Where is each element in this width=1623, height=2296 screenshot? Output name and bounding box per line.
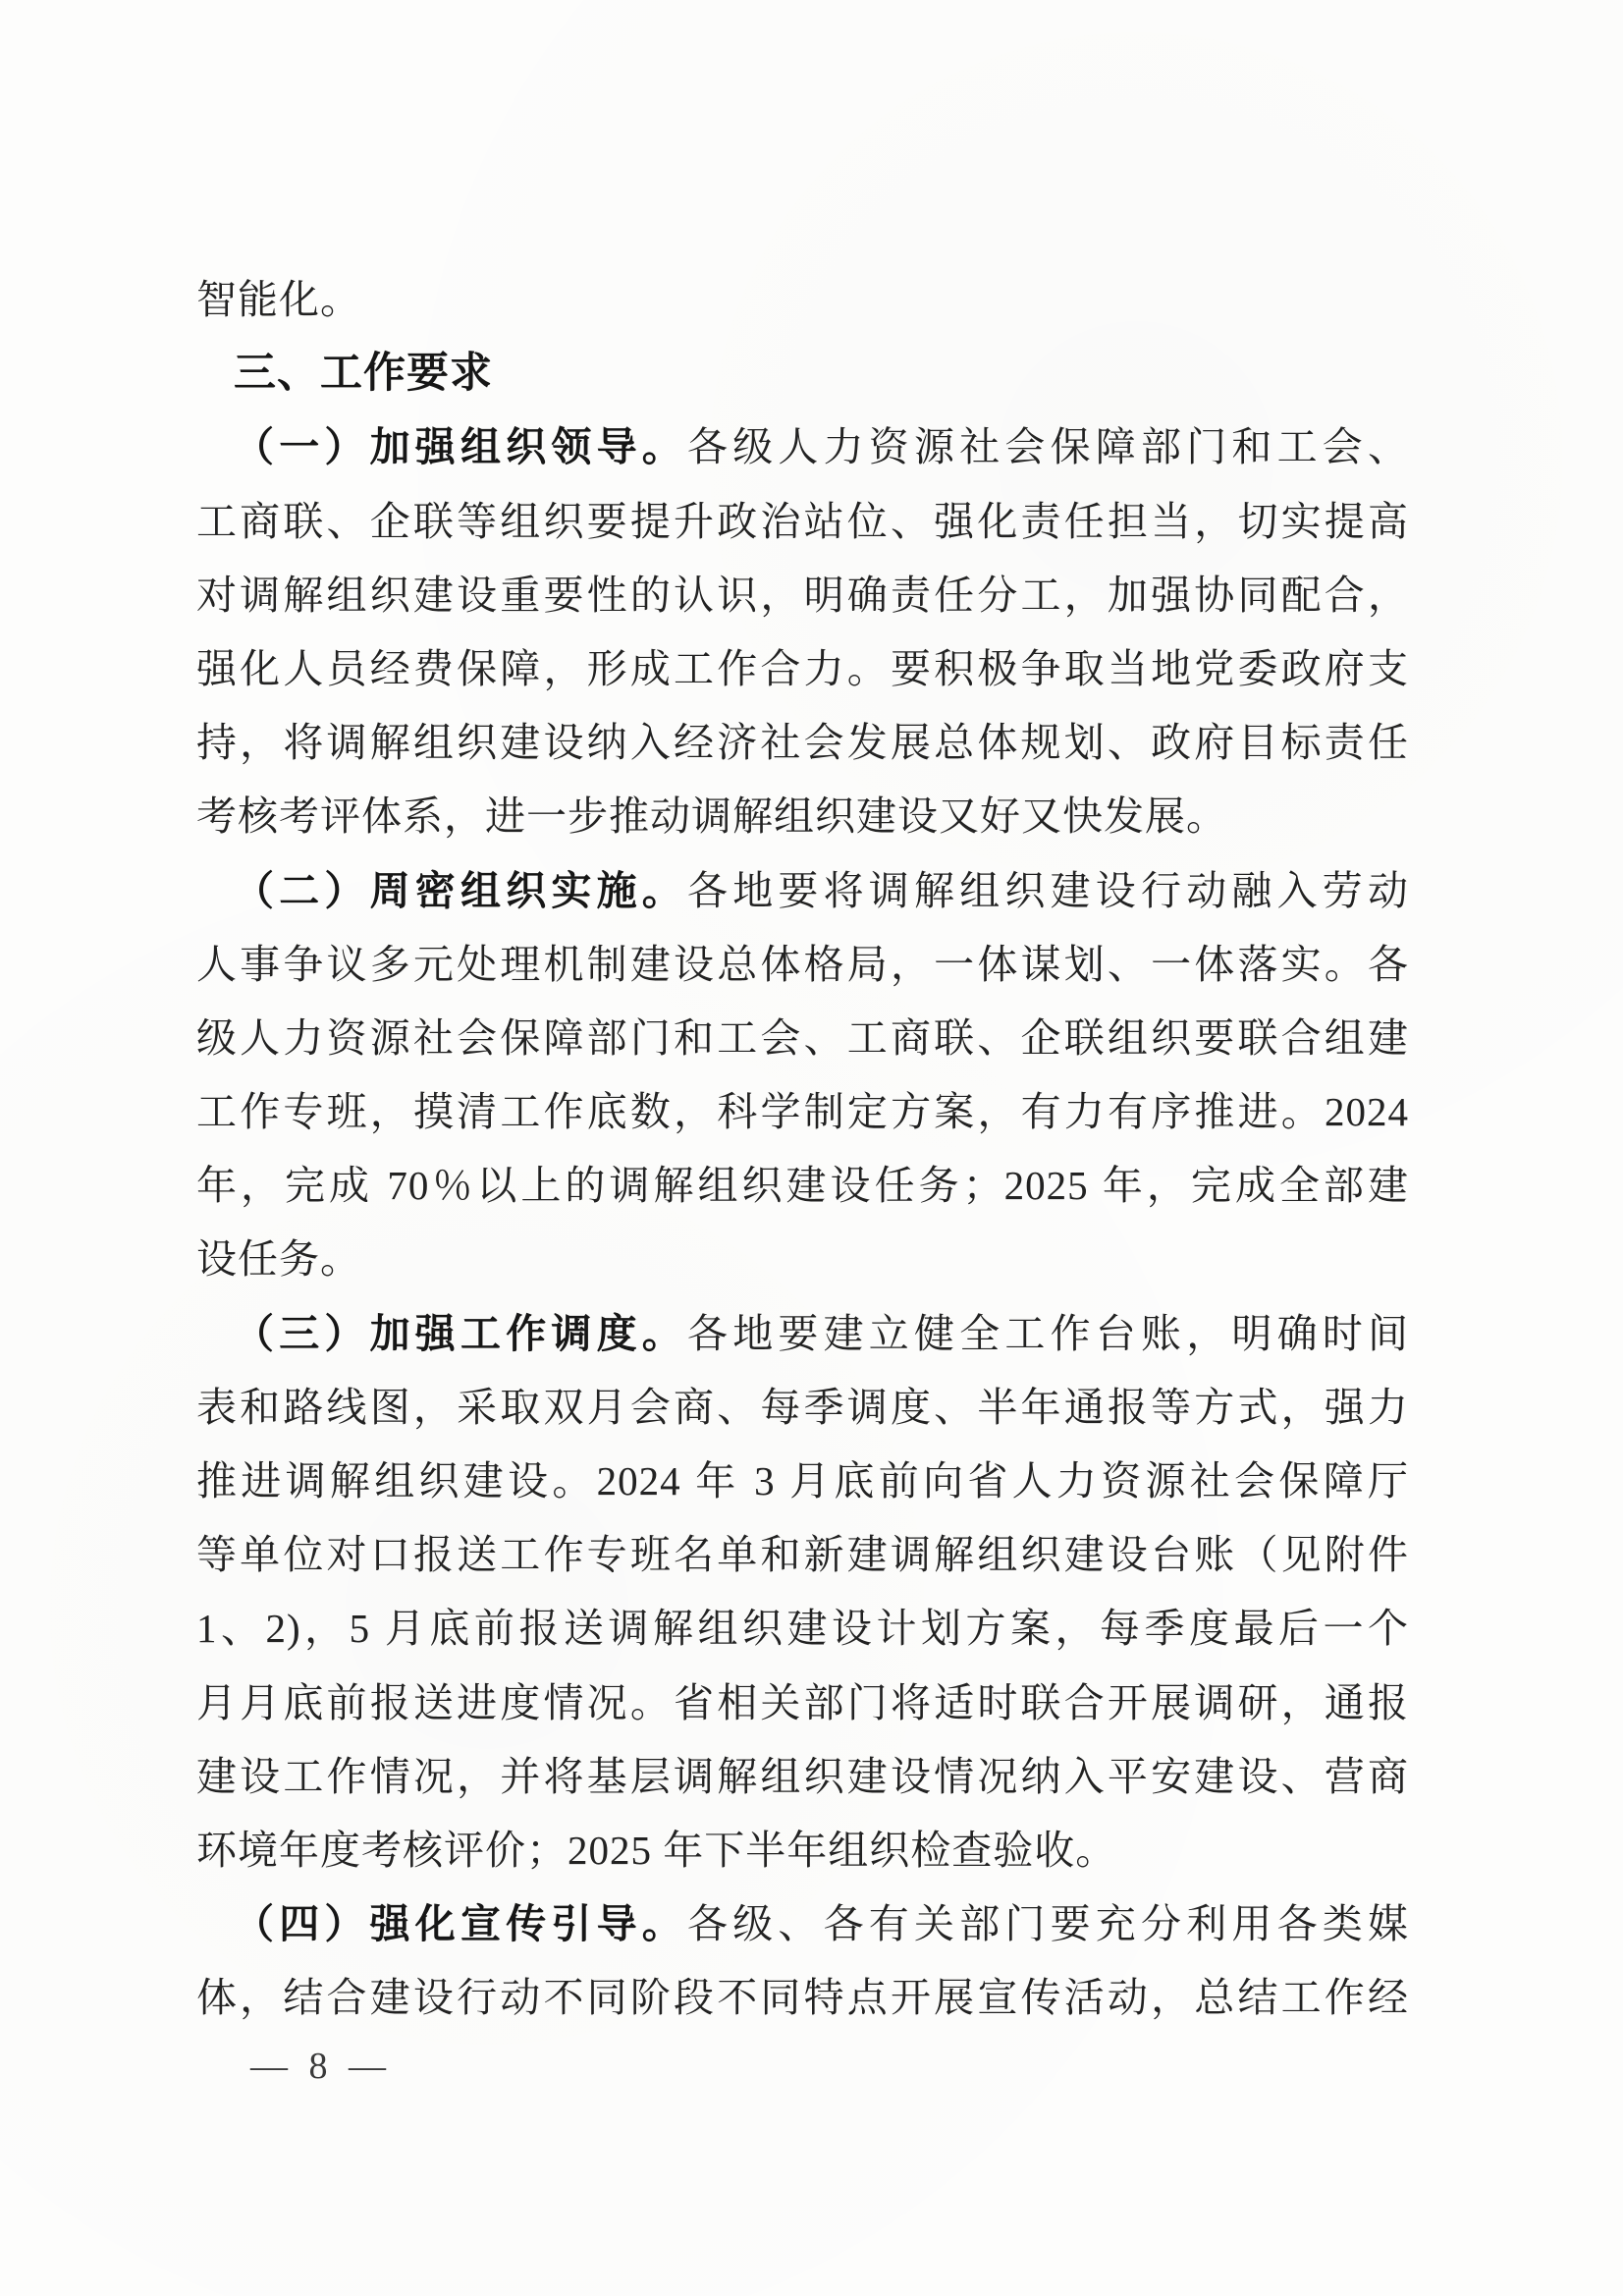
- line-text: 对调解组织建设重要性的认识，明确责任分工，加强协同配合，: [196, 573, 1409, 618]
- text-line: 智能化。: [196, 263, 1409, 337]
- line-bold-text: （二）周密组织实施。: [234, 868, 687, 913]
- text-line: 考核考评体系，进一步推动调解组织建设又好又快发展。: [196, 780, 1409, 853]
- line-text: 各级人力资源社会保障部门和工会、: [687, 424, 1409, 469]
- text-line: （一）加强组织领导。各级人力资源社会保障部门和工会、: [196, 410, 1409, 484]
- text-line: 建设工作情况，并将基层调解组织建设情况纳入平安建设、营商: [196, 1740, 1409, 1814]
- line-text: 级人力资源社会保障部门和工会、工商联、企联组织要联合组建: [196, 1015, 1409, 1061]
- text-line: 环境年度考核评价；2025 年下半年组织检查验收。: [196, 1814, 1409, 1887]
- text-block: 智能化。三、工作要求（一）加强组织领导。各级人力资源社会保障部门和工会、工商联、…: [196, 263, 1409, 2036]
- text-line: 等单位对口报送工作专班名单和新建调解组织建设台账（见附件: [196, 1518, 1409, 1592]
- line-text: 人事争议多元处理机制建设总体格局，一体谋划、一体落实。各: [196, 942, 1409, 987]
- line-bold-text: （一）加强组织领导。: [234, 424, 687, 469]
- line-text: 年，完成 70％以上的调解组织建设任务；2025 年，完成全部建: [196, 1163, 1409, 1208]
- document-page: 智能化。三、工作要求（一）加强组织领导。各级人力资源社会保障部门和工会、工商联、…: [0, 0, 1623, 2296]
- text-line: 工商联、企联等组织要提升政治站位、强化责任担当，切实提高: [196, 485, 1409, 559]
- line-text: 持，将调解组织建设纳入经济社会发展总体规划、政府目标责任: [196, 720, 1409, 765]
- page-number: — 8 —: [250, 2045, 392, 2088]
- text-line: 三、工作要求: [196, 337, 1409, 410]
- line-text: 环境年度考核评价；2025 年下半年组织检查验收。: [196, 1828, 1116, 1873]
- text-line: 级人力资源社会保障部门和工会、工商联、企联组织要联合组建: [196, 1002, 1409, 1075]
- line-text: 推进调解组织建设。2024 年 3 月底前向省人力资源社会保障厅: [196, 1458, 1409, 1503]
- line-text: 强化人员经费保障，形成工作合力。要积极争取当地党委政府支: [196, 646, 1409, 691]
- line-text: 等单位对口报送工作专班名单和新建调解组织建设台账（见附件: [196, 1532, 1409, 1577]
- line-text: 考核考评体系，进一步推动调解组织建设又好又快发展。: [196, 793, 1227, 839]
- text-line: （二）周密组织实施。各地要将调解组织建设行动融入劳动: [196, 854, 1409, 928]
- line-text: 体，结合建设行动不同阶段不同特点开展宣传活动，总结工作经: [196, 1975, 1409, 2020]
- line-text: 月月底前报送进度情况。省相关部门将适时联合开展调研，通报: [196, 1680, 1409, 1725]
- text-line: 工作专班，摸清工作底数，科学制定方案，有力有序推进。2024: [196, 1075, 1409, 1149]
- text-line: 体，结合建设行动不同阶段不同特点开展宣传活动，总结工作经: [196, 1961, 1409, 2035]
- line-text: 智能化。: [196, 277, 361, 322]
- line-text: 各地要将调解组织建设行动融入劳动: [687, 868, 1409, 913]
- line-text: 工商联、企联等组织要提升政治站位、强化责任担当，切实提高: [196, 499, 1409, 544]
- text-line: 推进调解组织建设。2024 年 3 月底前向省人力资源社会保障厅: [196, 1445, 1409, 1518]
- line-text: 表和路线图，采取双月会商、每季调度、半年通报等方式，强力: [196, 1385, 1409, 1430]
- text-line: 1、2)，5 月底前报送调解组织建设计划方案，每季度最后一个: [196, 1592, 1409, 1666]
- text-line: 月月底前报送进度情况。省相关部门将适时联合开展调研，通报: [196, 1667, 1409, 1740]
- text-line: 设任务。: [196, 1223, 1409, 1296]
- text-line: 表和路线图，采取双月会商、每季调度、半年通报等方式，强力: [196, 1371, 1409, 1445]
- line-text: 设任务。: [196, 1236, 361, 1282]
- line-bold-text: 三、工作要求: [234, 350, 493, 397]
- line-bold-text: （三）加强工作调度。: [234, 1311, 687, 1356]
- text-line: （三）加强工作调度。各地要建立健全工作台账，明确时间: [196, 1297, 1409, 1371]
- line-text: 各地要建立健全工作台账，明确时间: [687, 1311, 1409, 1356]
- text-line: 人事争议多元处理机制建设总体格局，一体谋划、一体落实。各: [196, 928, 1409, 1002]
- text-line: 对调解组织建设重要性的认识，明确责任分工，加强协同配合，: [196, 559, 1409, 632]
- line-bold-text: （四）强化宣传引导。: [234, 1901, 687, 1946]
- line-text: 各级、各有关部门要充分利用各类媒: [687, 1901, 1409, 1946]
- line-text: 工作专班，摸清工作底数，科学制定方案，有力有序推进。2024: [196, 1089, 1409, 1134]
- text-line: （四）强化宣传引导。各级、各有关部门要充分利用各类媒: [196, 1887, 1409, 1961]
- text-line: 持，将调解组织建设纳入经济社会发展总体规划、政府目标责任: [196, 706, 1409, 780]
- line-text: 1、2)，5 月底前报送调解组织建设计划方案，每季度最后一个: [196, 1606, 1409, 1651]
- text-line: 年，完成 70％以上的调解组织建设任务；2025 年，完成全部建: [196, 1149, 1409, 1223]
- text-line: 强化人员经费保障，形成工作合力。要积极争取当地党委政府支: [196, 632, 1409, 706]
- line-text: 建设工作情况，并将基层调解组织建设情况纳入平安建设、营商: [196, 1754, 1409, 1799]
